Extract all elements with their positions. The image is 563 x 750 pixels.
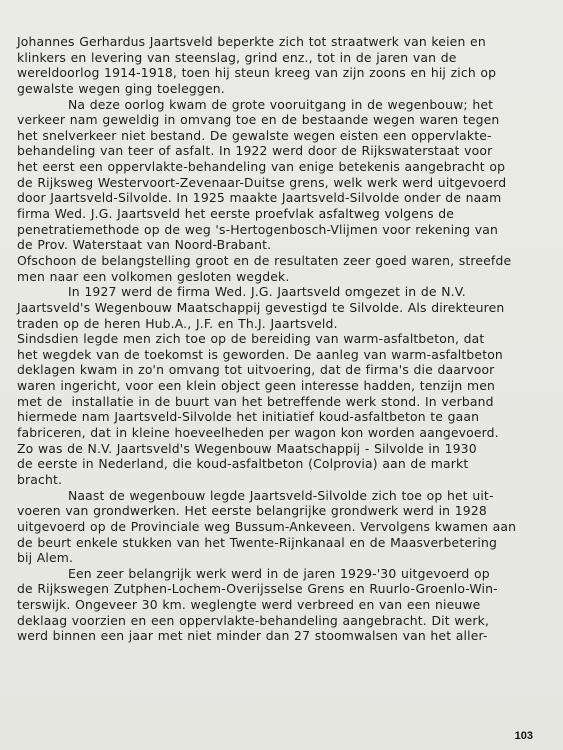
text-line: de Rijkswegen Zutphen-Lochem-Overijssels… — [17, 581, 557, 597]
text-line: uitgevoerd op de Provinciale weg Bussum-… — [17, 519, 557, 535]
text-line: het snelverkeer niet bestand. De gewalst… — [17, 128, 557, 144]
paragraph-first-line: In 1927 werd de firma Wed. J.G. Jaartsve… — [17, 284, 557, 300]
text-line: het eerst een oppervlakte-behandeling va… — [17, 159, 557, 175]
text-line: Zo was de N.V. Jaartsveld's Wegenbouw Ma… — [17, 441, 557, 457]
text-line: deklaag voorzien en een oppervlakte-beha… — [17, 613, 557, 629]
text-line: de Rijksweg Westervoort-Zevenaar-Duitse … — [17, 175, 557, 191]
text-line: Ofschoon de belangstelling groot en de r… — [17, 253, 557, 269]
text-line: Jaartsveld's Wegenbouw Maatschappij geve… — [17, 300, 557, 316]
text-line: penetratiemethode op de weg 's-Hertogenb… — [17, 222, 557, 238]
text-line: bij Alem. — [17, 550, 557, 566]
text-line: waren ingericht, voor een klein object g… — [17, 378, 557, 394]
text-line: de Prov. Waterstaat van Noord-Brabant. — [17, 237, 557, 253]
text-line: behandeling van teer of asfalt. In 1922 … — [17, 143, 557, 159]
text-line: verkeer nam geweldig in omvang toe en de… — [17, 112, 557, 128]
text-line: hiermede nam Jaartsveld-Silvolde het ini… — [17, 409, 557, 425]
paragraph-first-line: Na deze oorlog kwam de grote vooruitgang… — [17, 97, 557, 113]
text-line: fabriceren, dat in kleine hoeveelheden p… — [17, 425, 557, 441]
text-line: het wegdek van de toekomst is geworden. … — [17, 347, 557, 363]
text-line: men naar een volkomen gesloten wegdek. — [17, 269, 557, 285]
text-line: de eerste in Nederland, die koud-asfaltb… — [17, 456, 557, 472]
body-text: Johannes Gerhardus Jaartsveld beperkte z… — [17, 34, 557, 644]
text-line: de beurt enkele stukken van het Twente-R… — [17, 535, 557, 551]
paragraph-first-line: Een zeer belangrijk werk werd in de jare… — [17, 566, 557, 582]
text-line: Sindsdien legde men zich toe op de berei… — [17, 331, 557, 347]
text-line: met de installatie in de buurt van het b… — [17, 394, 557, 410]
book-page: Johannes Gerhardus Jaartsveld beperkte z… — [0, 0, 563, 750]
paragraph-first-line: Naast de wegenbouw legde Jaartsveld-Silv… — [17, 488, 557, 504]
text-line: klinkers en levering van steenslag, grin… — [17, 50, 557, 66]
text-line: Johannes Gerhardus Jaartsveld beperkte z… — [17, 34, 557, 50]
page-number: 103 — [515, 730, 533, 742]
text-line: wereldoorlog 1914-1918, toen hij steun k… — [17, 65, 557, 81]
text-line: traden op de heren Hub.A., J.F. en Th.J.… — [17, 316, 557, 332]
text-line: bracht. — [17, 472, 557, 488]
text-line: werd binnen een jaar met niet minder dan… — [17, 628, 557, 644]
text-line: firma Wed. J.G. Jaartsveld het eerste pr… — [17, 206, 557, 222]
text-line: gewalste wegen ging toeleggen. — [17, 81, 557, 97]
text-line: deklagen kwam in zo'n omvang tot uitvoer… — [17, 362, 557, 378]
text-line: terswijk. Ongeveer 30 km. weglengte werd… — [17, 597, 557, 613]
text-line: voeren van grondwerken. Het eerste belan… — [17, 503, 557, 519]
text-line: door Jaartsveld-Silvolde. In 1925 maakte… — [17, 190, 557, 206]
